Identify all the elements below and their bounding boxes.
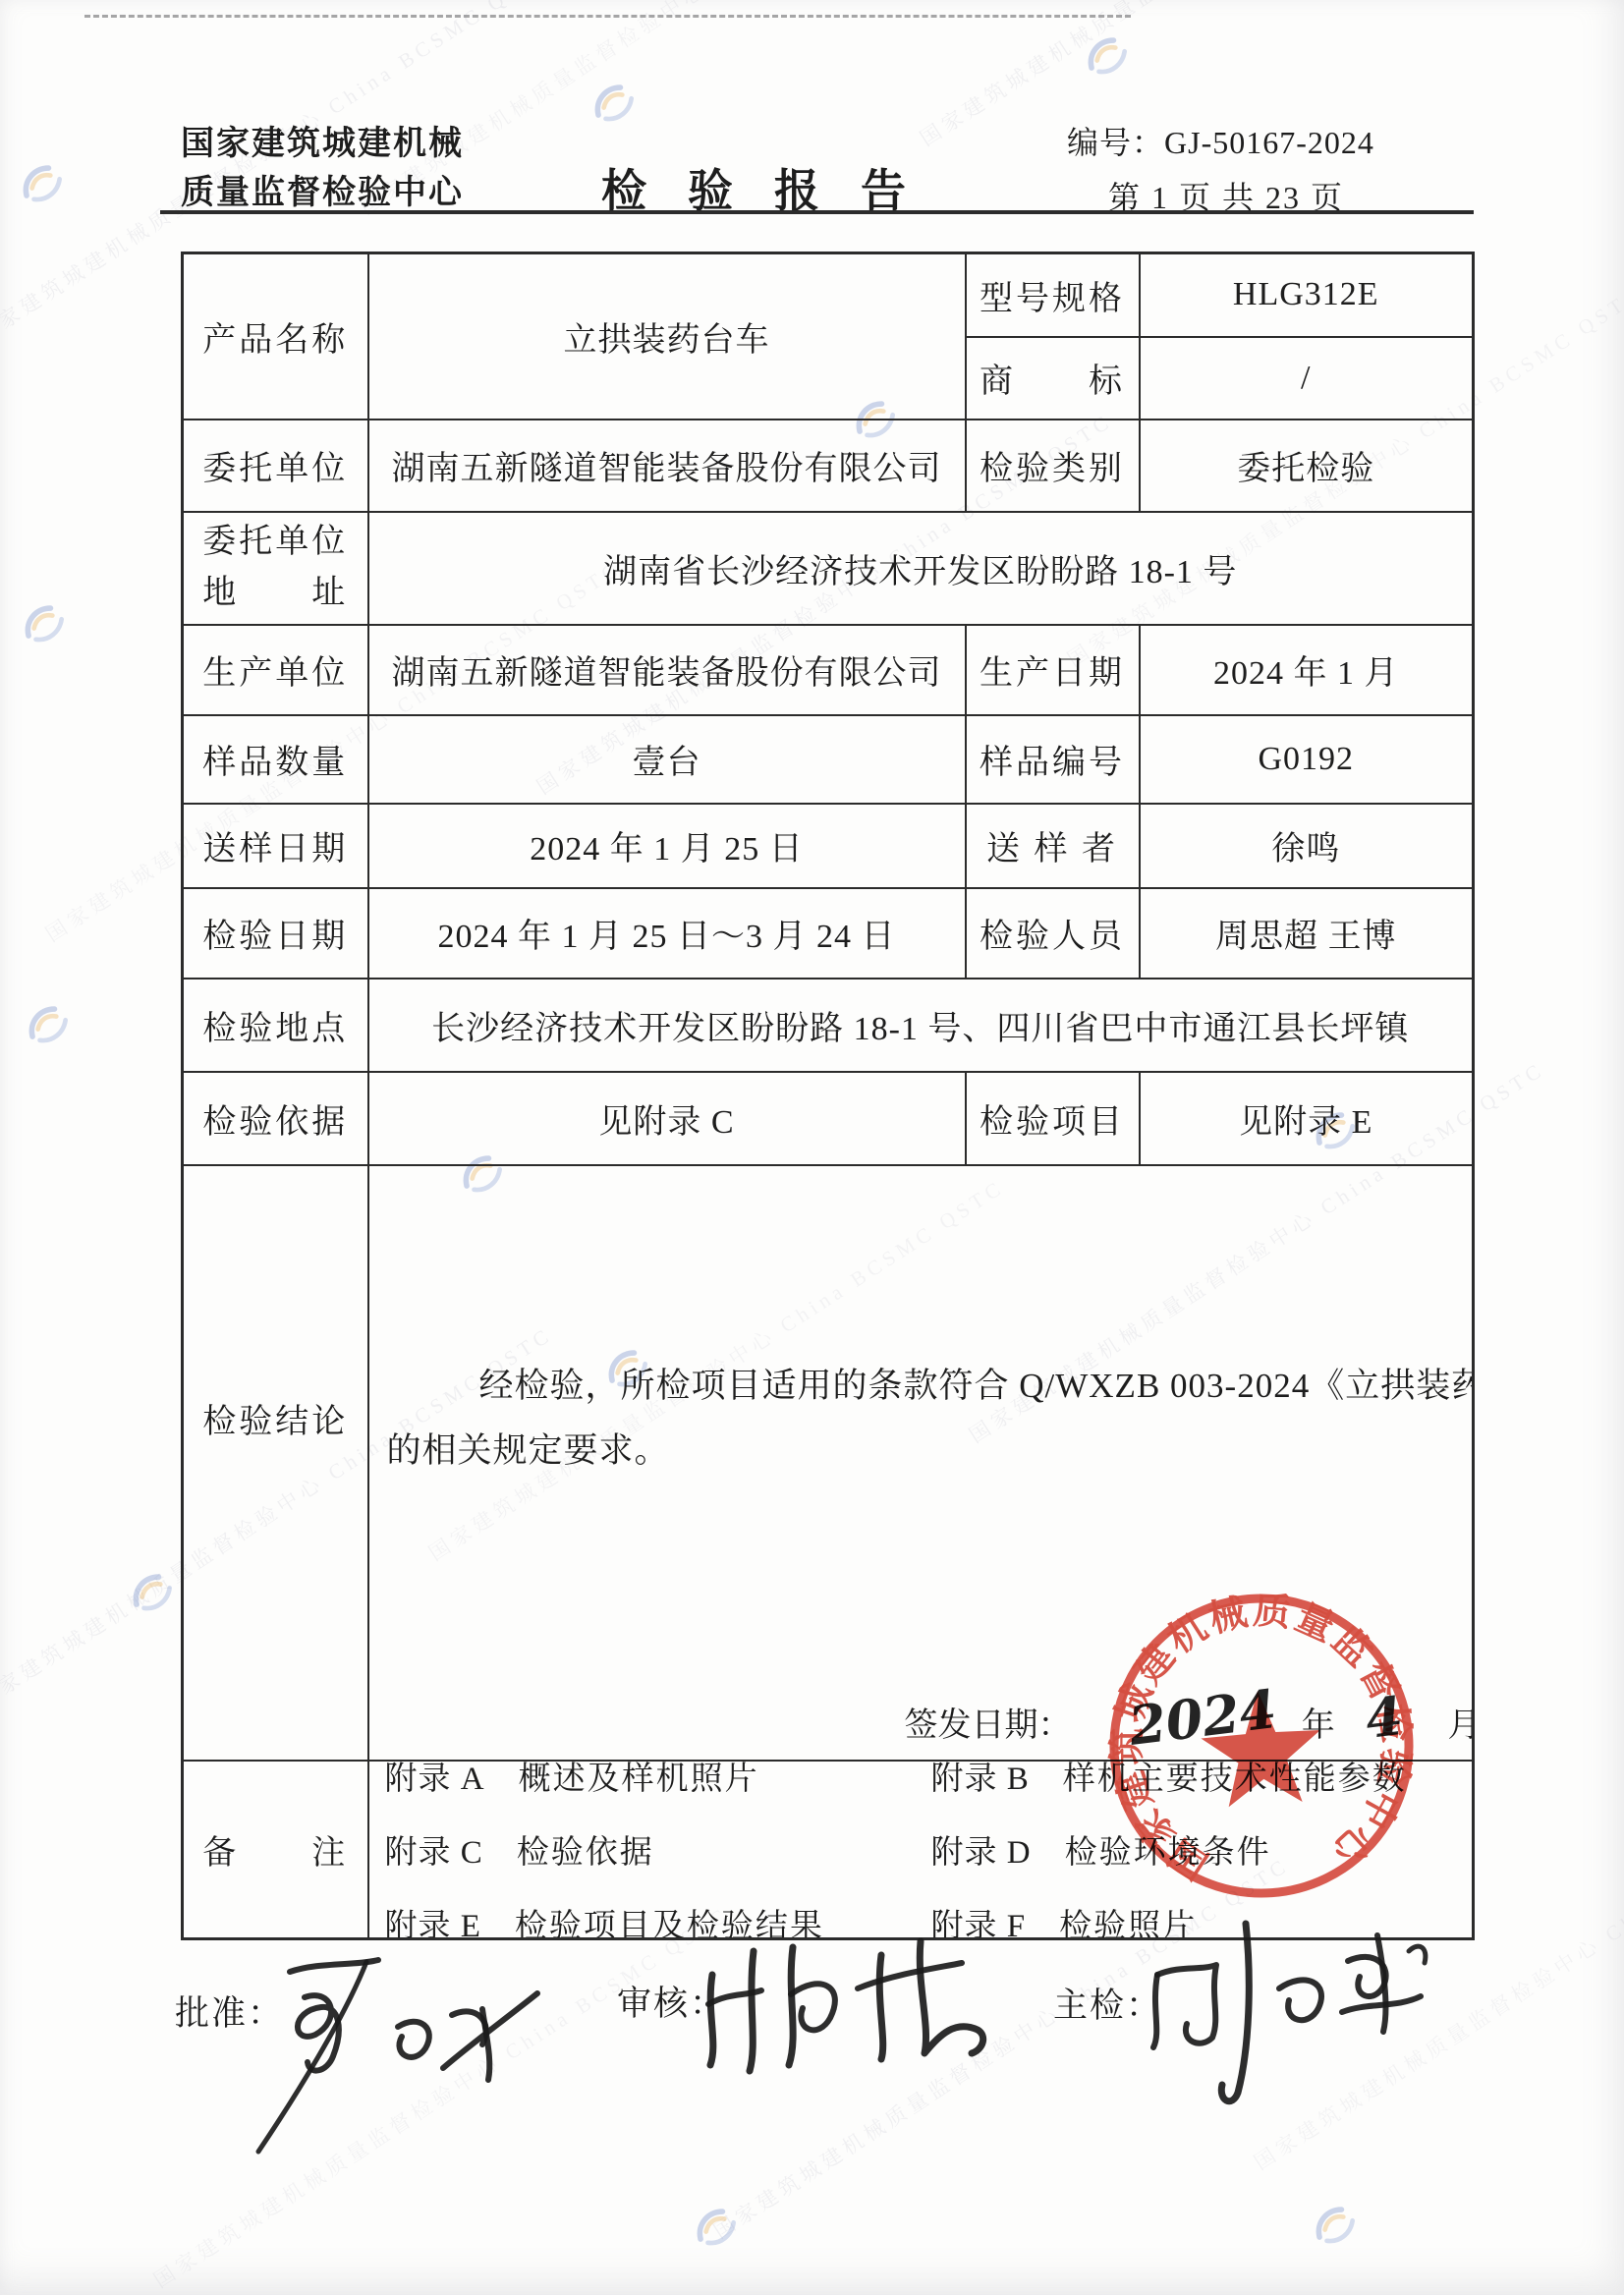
issue-date-line: 签发日期： 2024 年 4 月 1 日 — [905, 1691, 1474, 1746]
model-value: HLG312E — [1140, 253, 1474, 337]
product-name-label: 产品名称 — [183, 253, 368, 420]
table-row: 备 注 附录 A概述及样机照片 附录 B样机主要技术性能参数 附录 C检验依据 … — [183, 1761, 1474, 1939]
table-row: 检验结论 经检验，所检项目适用的条款符合 Q/WXZB 003-2024《立拱装… — [183, 1165, 1474, 1761]
conclusion-cell: 经检验，所检项目适用的条款符合 Q/WXZB 003-2024《立拱装药台车》 … — [368, 1165, 1474, 1761]
table-row: 检验日期 2024 年 1 月 25 日～3 月 24 日 检验人员 周思超 王… — [183, 888, 1474, 979]
basis-label: 检验依据 — [183, 1072, 368, 1165]
table-row: 生产单位 湖南五新隧道智能装备股份有限公司 生产日期 2024 年 1 月 — [183, 625, 1474, 715]
appendix-code: 附录 A — [385, 1761, 485, 1799]
conclusion-text-line2: 的相关规定要求。 — [387, 1424, 670, 1473]
appendix-item: 附录 F检验照片 — [931, 1900, 1198, 1939]
table-row: 检验依据 见附录 C 检验项目 见附录 E — [183, 1072, 1474, 1165]
report-number-value: GJ-50167-2024 — [1164, 125, 1374, 160]
conclusion-text-line1: 经检验，所检项目适用的条款符合 Q/WXZB 003-2024《立拱装药台车》 — [479, 1359, 1474, 1408]
product-name-value: 立拱装药台车 — [368, 253, 966, 420]
trademark-value: / — [1140, 337, 1474, 420]
sample-qty-label: 样品数量 — [183, 715, 368, 804]
items-label: 检验项目 — [966, 1072, 1140, 1165]
sample-no-value: G0192 — [1140, 715, 1474, 804]
table-row: 送样日期 2024 年 1 月 25 日 送 样 者 徐鸣 — [183, 804, 1474, 888]
inspection-type-value: 委托检验 — [1140, 420, 1474, 512]
manufacturer-label: 生产单位 — [183, 625, 368, 715]
reviewer-signature — [693, 1933, 1017, 2091]
appendix-item: 附录 D检验环境条件 — [931, 1826, 1271, 1873]
table-row: 委托单位 湖南五新隧道智能装备股份有限公司 检验类别 委托检验 — [183, 420, 1474, 512]
appendix-title: 检验环境条件 — [1065, 1826, 1271, 1873]
appendix-title: 概述及样机照片 — [519, 1761, 759, 1799]
appendix-code: 附录 E — [385, 1900, 481, 1939]
chief-inspector-signature — [1130, 1918, 1444, 2114]
center-logo-watermark — [124, 1564, 179, 1619]
remarks-label: 备 注 — [183, 1761, 368, 1939]
center-logo-watermark — [16, 595, 71, 650]
inspection-type-label: 检验类别 — [966, 420, 1140, 512]
appendix-item: 附录 A概述及样机照片 — [385, 1761, 931, 1799]
remarks-cell: 附录 A概述及样机照片 附录 B样机主要技术性能参数 附录 C检验依据 附录 D… — [368, 1761, 1474, 1939]
client-address-label-line1: 委托单位 — [184, 517, 367, 568]
manufacturer-value: 湖南五新隧道智能装备股份有限公司 — [368, 625, 966, 715]
inspection-report-page: 国家建筑城建机械质量监督检验中心 China BCSMC QSTC 国家建筑城建… — [0, 0, 1624, 2295]
table-row: 样品数量 壹台 样品编号 G0192 — [183, 715, 1474, 804]
inspection-date-value: 2024 年 1 月 25 日～3 月 24 日 — [368, 888, 966, 979]
report-number-label: 编号： — [1067, 125, 1164, 160]
production-date-value: 2024 年 1 月 — [1140, 625, 1474, 715]
report-number: 编号：GJ-50167-2024 — [1067, 118, 1374, 163]
place-value: 长沙经济技术开发区盼盼路 18-1 号、四川省巴中市通江县长坪镇 — [368, 979, 1474, 1072]
issue-date-label: 签发日期： — [905, 1698, 1072, 1746]
client-address-label-line2: 地 址 — [184, 568, 367, 619]
appendix-title: 检验项目及检验结果 — [515, 1900, 824, 1939]
appendix-code: 附录 B — [931, 1761, 1030, 1799]
review-label: 审核： — [617, 1977, 726, 2026]
inspectors-label: 检验人员 — [966, 888, 1140, 979]
issue-year-handwritten: 2024 — [1126, 1682, 1279, 1753]
model-label: 型号规格 — [966, 253, 1140, 337]
client-label: 委托单位 — [183, 420, 368, 512]
center-logo-watermark — [1079, 28, 1134, 83]
table-row: 检验地点 长沙经济技术开发区盼盼路 18-1 号、四川省巴中市通江县长坪镇 — [183, 979, 1474, 1072]
center-logo-watermark — [688, 2199, 743, 2254]
issue-year-unit: 年 — [1302, 1698, 1336, 1746]
center-logo-watermark — [20, 996, 75, 1051]
appendix-title: 样机主要技术性能参数 — [1063, 1761, 1407, 1799]
report-table: 产品名称 立拱装药台车 型号规格 HLG312E 商 标 / 委托单位 湖南五新… — [181, 252, 1475, 1940]
appendix-title: 检验照片 — [1059, 1900, 1197, 1939]
watermark-text: 国家建筑城建机械质量监督检验中心 China BCSMC QSTC — [147, 1899, 735, 2295]
appendix-row: 附录 A概述及样机照片 附录 B样机主要技术性能参数 — [385, 1761, 1473, 1799]
appendix-item: 附录 B样机主要技术性能参数 — [931, 1761, 1407, 1799]
delivery-date-label: 送样日期 — [183, 804, 368, 888]
table-row: 产品名称 立拱装药台车 型号规格 HLG312E — [183, 253, 1474, 337]
trademark-label: 商 标 — [966, 337, 1140, 420]
issue-month-handwritten: 4 — [1363, 1688, 1406, 1745]
org-name-line1: 国家建筑城建机械 — [181, 116, 464, 164]
production-date-label: 生产日期 — [966, 625, 1140, 715]
appendix-item: 附录 E检验项目及检验结果 — [385, 1900, 931, 1939]
center-logo-watermark — [586, 75, 641, 130]
appendix-row: 附录 E检验项目及检验结果 附录 F检验照片 — [385, 1900, 1473, 1939]
delivery-date-value: 2024 年 1 月 25 日 — [368, 804, 966, 888]
scan-artifact-line — [84, 15, 1131, 18]
conclusion-label: 检验结论 — [183, 1165, 368, 1761]
issue-month-unit: 月 — [1447, 1698, 1473, 1746]
sample-qty-value: 壹台 — [368, 715, 966, 804]
sample-no-label: 样品编号 — [966, 715, 1140, 804]
client-address-label: 委托单位 地 址 — [183, 512, 368, 625]
approve-label: 批准： — [175, 1987, 284, 2036]
inspection-date-label: 检验日期 — [183, 888, 368, 979]
org-name-line2: 质量监督检验中心 — [181, 165, 464, 213]
client-address-value: 湖南省长沙经济技术开发区盼盼路 18-1 号 — [368, 512, 1474, 625]
table-row: 委托单位 地 址 湖南省长沙经济技术开发区盼盼路 18-1 号 — [183, 512, 1474, 625]
client-value: 湖南五新隧道智能装备股份有限公司 — [368, 420, 966, 512]
header-rule — [160, 210, 1474, 214]
sender-label: 送 样 者 — [966, 804, 1140, 888]
appendix-code: 附录 C — [385, 1826, 483, 1873]
inspectors-value: 周思超 王博 — [1140, 888, 1474, 979]
place-label: 检验地点 — [183, 979, 368, 1072]
appendix-code: 附录 F — [931, 1900, 1027, 1939]
approver-signature — [251, 1950, 555, 2161]
basis-value: 见附录 C — [368, 1072, 966, 1165]
sender-value: 徐鸣 — [1140, 804, 1474, 888]
appendix-list: 附录 A概述及样机照片 附录 B样机主要技术性能参数 附录 C检验依据 附录 D… — [385, 1762, 1473, 1938]
appendix-item: 附录 C检验依据 — [385, 1826, 931, 1873]
center-logo-watermark — [1307, 2197, 1362, 2252]
appendix-code: 附录 D — [931, 1826, 1032, 1873]
chief-label: 主检： — [1053, 1979, 1162, 2028]
center-logo-watermark — [14, 155, 69, 210]
items-value: 见附录 E — [1140, 1072, 1474, 1165]
appendix-title: 检验依据 — [517, 1826, 654, 1873]
appendix-row: 附录 C检验依据 附录 D检验环境条件 — [385, 1826, 1473, 1873]
